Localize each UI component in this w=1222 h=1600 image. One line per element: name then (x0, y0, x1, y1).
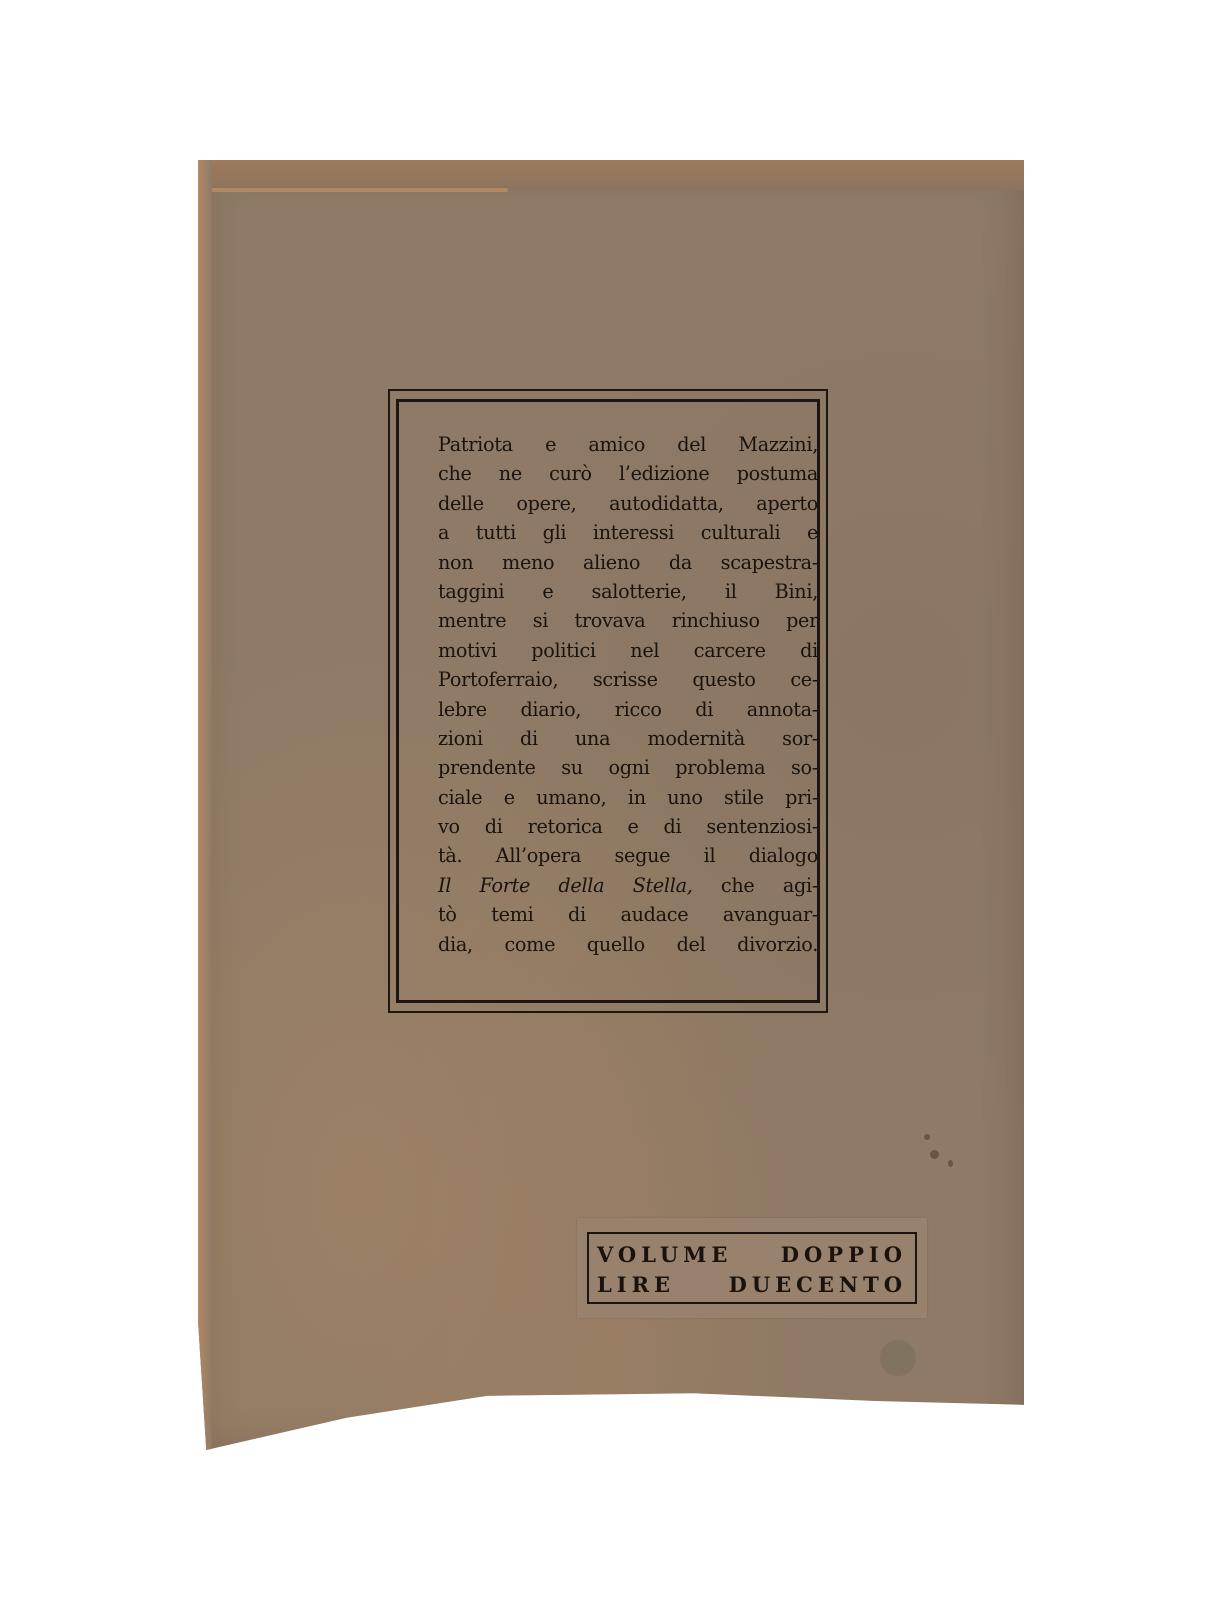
blurb-line: motivi politici nel carcere di (438, 636, 818, 665)
blurb-line: che ne curò l’edizione postuma (438, 459, 818, 488)
blurb-line: taggini e salotterie, il Bini, (438, 577, 818, 606)
price-label-sticker: VOLUME DOPPIO LIRE DUECENTO (577, 1218, 927, 1318)
blurb-line: Portoferraio, scrisse questo ce- (438, 665, 818, 694)
blurb-line: Patriota e amico del Mazzini, (438, 430, 818, 459)
back-cover-blurb: Patriota e amico del Mazzini, che ne cur… (438, 430, 818, 959)
blurb-line: ciale e umano, in uno stile pri- (438, 783, 818, 812)
blurb-line: lebre diario, ricco di annota- (438, 695, 818, 724)
blurb-line: tà. All’opera segue il dialogo (438, 841, 818, 870)
blurb-line: a tutti gli interessi culturali e (438, 518, 818, 547)
doppio-text: DOPPIO (781, 1242, 907, 1267)
volume-text: VOLUME (597, 1242, 732, 1267)
price-label-line-1: VOLUME DOPPIO (597, 1242, 907, 1267)
blurb-line: zioni di una modernità sor- (438, 724, 818, 753)
stain-star-mark (880, 1340, 916, 1376)
lire-text: LIRE (597, 1272, 675, 1297)
blurb-line: non meno alieno da scapestra- (438, 548, 818, 577)
price-label-line-2: LIRE DUECENTO (597, 1272, 907, 1297)
stain-spot (930, 1150, 939, 1159)
blurb-line: delle opere, autodidatta, aperto (438, 489, 818, 518)
blurb-line: tò temi di audace avanguar- (438, 900, 818, 929)
blurb-line: mentre si trovava rinchiuso per (438, 606, 818, 635)
stain-spot (924, 1134, 930, 1140)
blurb-line-rest: che agi- (721, 874, 818, 897)
dialogue-title: Il Forte della Stella, (438, 874, 693, 897)
stain-spot (948, 1160, 953, 1167)
blurb-line: dia, come quello del divorzio. (438, 930, 818, 959)
cover-edge-wear (208, 188, 508, 192)
blurb-line: prendente su ogni problema so- (438, 753, 818, 782)
price-amount-text: DUECENTO (729, 1272, 907, 1297)
blurb-line-with-title: Il Forte della Stella, che agi- (438, 871, 818, 900)
blurb-line: vo di retorica e di sentenziosi- (438, 812, 818, 841)
